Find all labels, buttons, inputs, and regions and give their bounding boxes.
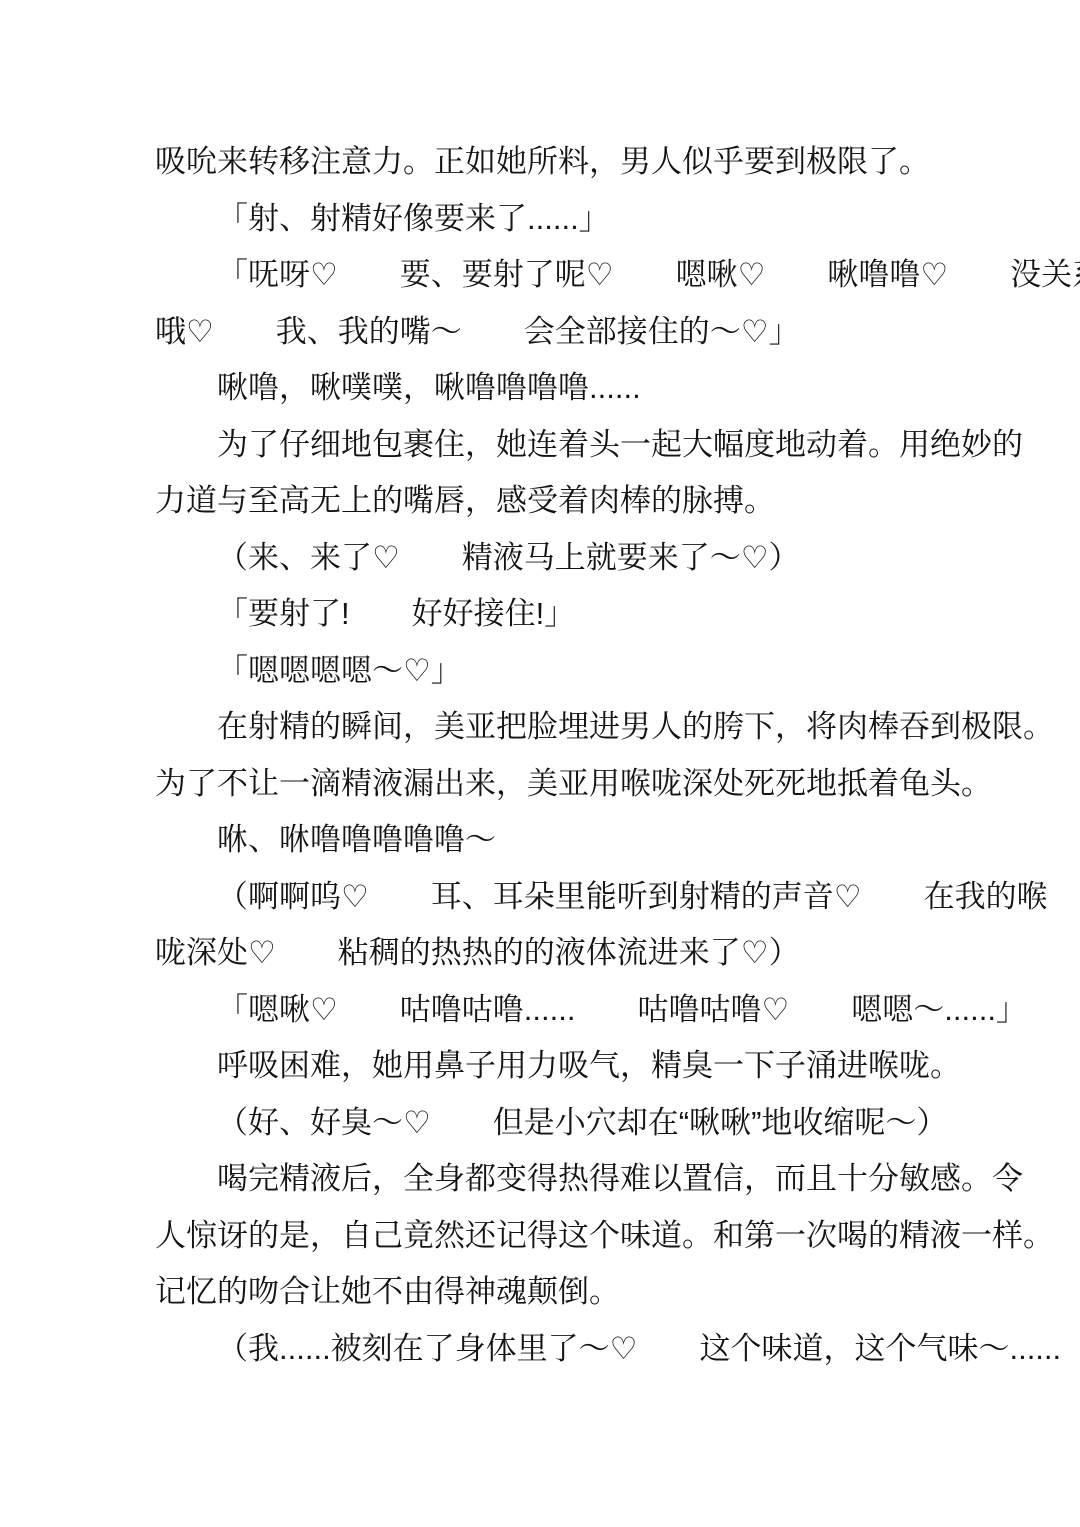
text-line: 「嗯嗯嗯嗯～♡」 (155, 643, 955, 700)
text-line: 「嗯啾♡ 咕噜咕噜...... 咕噜咕噜♡ 嗯嗯～......」 (155, 982, 955, 1039)
page-text: 吸吮来转移注意力。正如她所料，男人似乎要到极限了。「射、射精好像要来了.....… (155, 134, 955, 1377)
text-line: 力道与至高无上的嘴唇，感受着肉棒的脉搏。 (155, 473, 955, 530)
text-line: （好、好臭～♡ 但是小穴却在“啾啾”地收缩呢～） (155, 1095, 955, 1152)
text-line: 哦♡ 我、我的嘴～ 会全部接住的～♡」 (155, 304, 955, 361)
text-line: 啾噜，啾噗噗，啾噜噜噜噜...... (155, 360, 955, 417)
text-line: 「射、射精好像要来了......」 (155, 191, 955, 248)
document-page: 吸吮来转移注意力。正如她所料，男人似乎要到极限了。「射、射精好像要来了.....… (0, 0, 1080, 1527)
text-line: 咻、咻噜噜噜噜噜～ (155, 812, 955, 869)
text-line: 喝完精液后，全身都变得热得难以置信，而且十分敏感。令 (155, 1151, 955, 1208)
text-line: 在射精的瞬间，美亚把脸埋进男人的胯下，将肉棒吞到极限。 (155, 699, 955, 756)
text-line: 呼吸困难，她用鼻子用力吸气，精臭一下子涌进喉咙。 (155, 1038, 955, 1095)
text-line: 「要射了! 好好接住!」 (155, 586, 955, 643)
text-line: 吸吮来转移注意力。正如她所料，男人似乎要到极限了。 (155, 134, 955, 191)
text-line: （来、来了♡ 精液马上就要来了～♡） (155, 530, 955, 587)
text-line: 人惊讶的是，自己竟然还记得这个味道。和第一次喝的精液一样。 (155, 1208, 955, 1265)
text-line: 为了仔细地包裹住，她连着头一起大幅度地动着。用绝妙的 (155, 417, 955, 474)
text-line: 咙深处♡ 粘稠的热热的的液体流进来了♡） (155, 925, 955, 982)
text-line: 为了不让一滴精液漏出来，美亚用喉咙深处死死地抵着龟头。 (155, 756, 955, 813)
text-line: 记忆的吻合让她不由得神魂颠倒。 (155, 1264, 955, 1321)
text-line: 「呒呀♡ 要、要射了呢♡ 嗯啾♡ 啾噜噜♡ 没关系 (155, 247, 955, 304)
text-line: （我......被刻在了身体里了～♡ 这个味道，这个气味～...... (155, 1321, 955, 1378)
text-line: （啊啊呜♡ 耳、耳朵里能听到射精的声音♡ 在我的喉 (155, 869, 955, 926)
